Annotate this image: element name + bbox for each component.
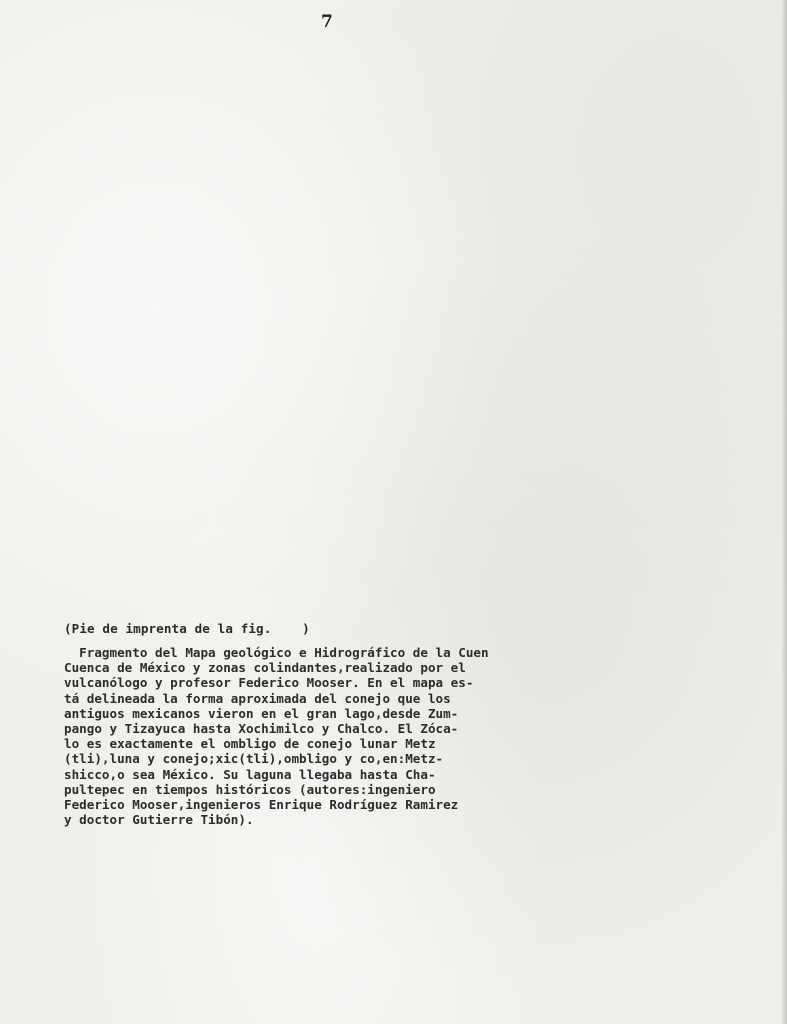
caption-line: vulcanólogo y profesor Federico Mooser. …: [64, 675, 489, 690]
caption-line: Cuenca de México y zonas colindantes,rea…: [64, 660, 489, 675]
caption-line: Federico Mooser,ingenieros Enrique Rodrí…: [64, 797, 489, 812]
scan-edge-shadow: [781, 0, 787, 1024]
caption-line: antiguos mexicanos vieron en el gran lag…: [64, 706, 489, 721]
caption-line: pango y Tizayuca hasta Xochimilco y Chal…: [64, 721, 489, 736]
caption-line: pultepec en tiempos históricos (autores:…: [64, 782, 489, 797]
caption-line: lo es exactamente el ombligo de conejo l…: [64, 736, 489, 751]
caption-line: Fragmento del Mapa geológico e Hidrográf…: [64, 645, 489, 660]
caption-line: (tli),luna y conejo;xic(tli),ombligo y c…: [64, 751, 489, 766]
figure-caption-body: Fragmento del Mapa geológico e Hidrográf…: [64, 645, 489, 827]
caption-line: shicco,o sea México. Su laguna llegaba h…: [64, 767, 489, 782]
caption-line: y doctor Gutierre Tibón).: [64, 812, 489, 827]
caption-line: tá delineada la forma aproximada del con…: [64, 691, 489, 706]
page-number: 7: [321, 12, 333, 32]
figure-caption-heading: (Pie de imprenta de la fig. ): [64, 621, 310, 636]
